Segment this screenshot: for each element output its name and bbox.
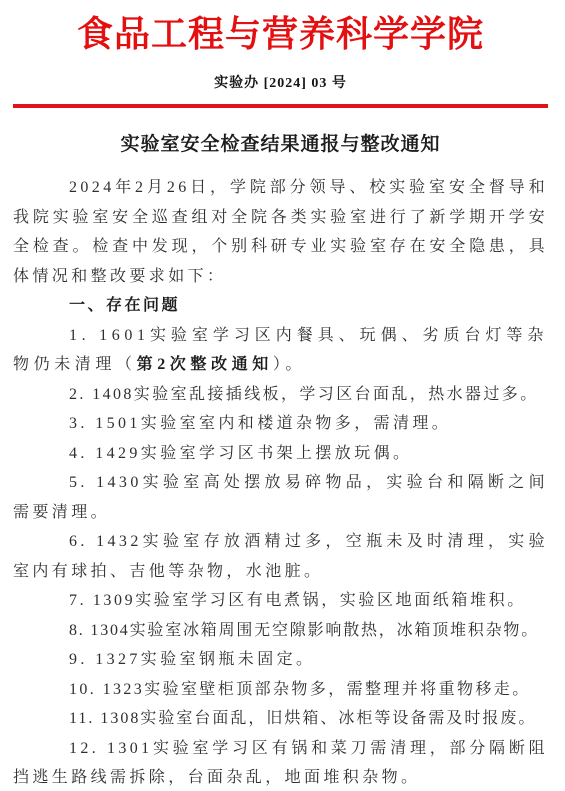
issue-item-8: 8. 1304实验室冰箱周围无空隙影响散热，冰箱顶堆积杂物。 bbox=[13, 616, 548, 646]
issue-item-3: 3. 1501实验室室内和楼道杂物多，需清理。 bbox=[13, 409, 548, 439]
issue-item-9: 9. 1327实验室钢瓶未固定。 bbox=[13, 645, 548, 675]
issue-item-5: 5. 1430实验室高处摆放易碎物品，实验台和隔断之间需要清理。 bbox=[13, 468, 548, 527]
doc-number: 实验办 [2024] 03 号 bbox=[13, 74, 548, 94]
issue-item-6: 6. 1432实验室存放酒精过多，空瓶未及时清理，实验室内有球拍、吉他等杂物，水… bbox=[13, 527, 548, 586]
issue-item-2: 2. 1408实验室乱接插线板，学习区台面乱，热水器过多。 bbox=[13, 380, 548, 410]
red-divider-rule bbox=[13, 104, 548, 108]
notice-title: 实验室安全检查结果通报与整改通知 bbox=[13, 132, 548, 158]
issue-item-1: 1. 1601实验室学习区内餐具、玩偶、劣质台灯等杂物仍未清理（第2次整改通知）… bbox=[13, 321, 548, 380]
issue-item-7: 7. 1309实验室学习区有电煮锅，实验区地面纸箱堆积。 bbox=[13, 586, 548, 616]
issue-item-11: 11. 1308实验室台面乱，旧烘箱、冰柜等设备需及时报废。 bbox=[13, 704, 548, 734]
intro-paragraph: 2024年2月26日，学院部分领导、校实验室安全督导和我院实验室安全巡查组对全院… bbox=[13, 173, 548, 291]
issue-item-4: 4. 1429实验室学习区书架上摆放玩偶。 bbox=[13, 439, 548, 469]
institution-title: 食品工程与营养科学学院 bbox=[13, 10, 548, 58]
issue-item-10: 10. 1323实验室壁柜顶部杂物多，需整理并将重物移走。 bbox=[13, 675, 548, 705]
notice-document: 食品工程与营养科学学院 实验办 [2024] 03 号 实验室安全检查结果通报与… bbox=[0, 0, 565, 791]
issue-item-12: 12. 1301实验室学习区有锅和菜刀需清理，部分隔断阻挡逃生路线需拆除，台面杂… bbox=[13, 734, 548, 791]
notice-body: 2024年2月26日，学院部分领导、校实验室安全督导和我院实验室安全巡查组对全院… bbox=[13, 173, 548, 791]
issue-bold-text: 第2次整改通知 bbox=[137, 356, 273, 373]
issue-text: ）。 bbox=[273, 356, 306, 373]
section-heading-issues: 一、存在问题 bbox=[13, 291, 548, 321]
